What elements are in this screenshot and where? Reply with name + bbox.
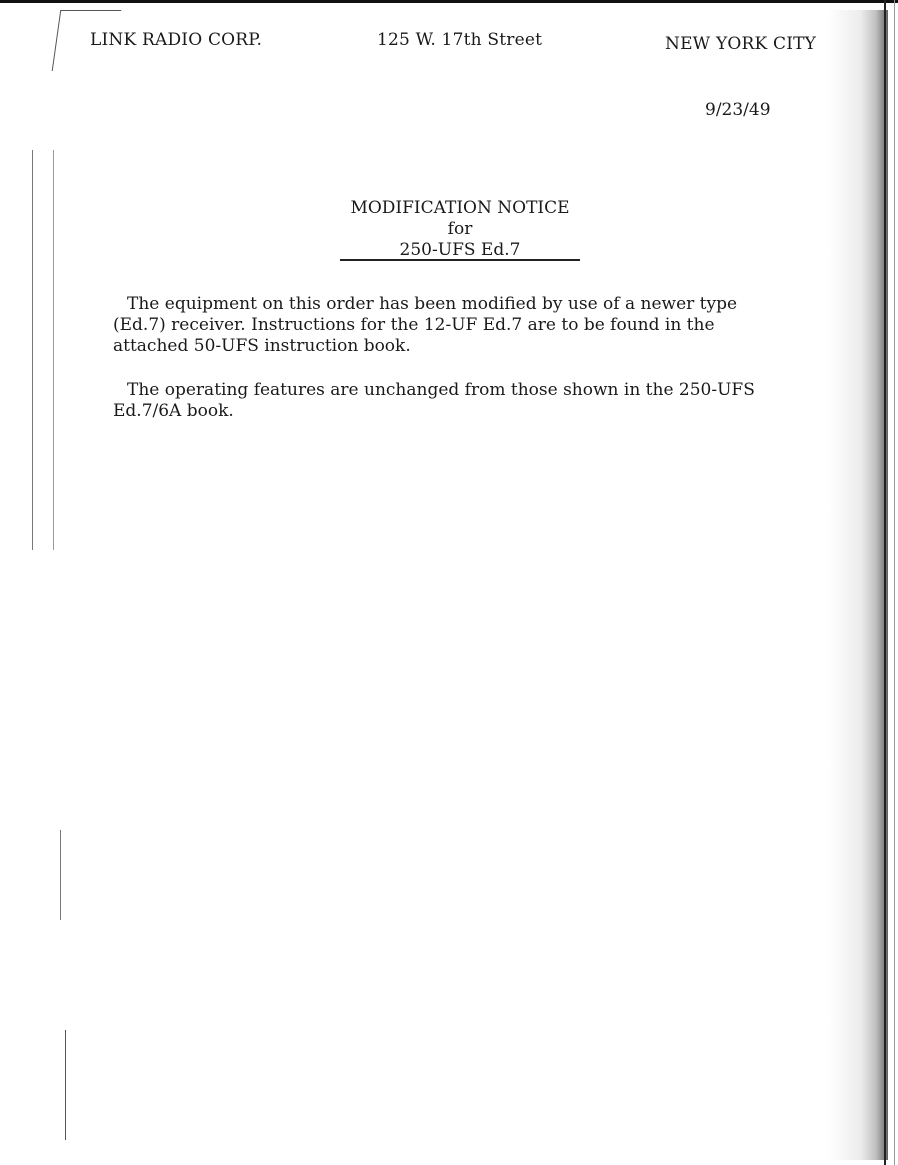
body-paragraph: The operating features are unchanged fro… [113, 380, 763, 422]
scan-right-edge-line [884, 0, 886, 1165]
paragraph-text: The equipment on this order has been mod… [113, 294, 737, 356]
title-underline [340, 259, 580, 261]
scan-top-border [0, 0, 898, 3]
letterhead-address: 125 W. 17th Street [377, 30, 542, 50]
document-date: 9/23/49 [705, 100, 771, 120]
left-edge-mark [65, 1030, 66, 1140]
left-edge-mark [60, 830, 61, 920]
title-line-3: 250-UFS Ed.7 [340, 240, 580, 261]
document-page: LINK RADIO CORP. 125 W. 17th Street NEW … [0, 0, 898, 1165]
letterhead-company: LINK RADIO CORP. [90, 30, 262, 50]
title-line-1: MODIFICATION NOTICE [340, 198, 580, 219]
scan-frame-line [894, 0, 895, 1165]
left-edge-fold [32, 150, 54, 550]
scan-right-edge-shadow [828, 10, 888, 1160]
title-line-2: for [340, 219, 580, 240]
body-paragraph: The equipment on this order has been mod… [113, 294, 763, 357]
letterhead-city: NEW YORK CITY [665, 34, 816, 54]
paragraph-text: The operating features are unchanged fro… [113, 380, 755, 421]
notice-title: MODIFICATION NOTICE for 250-UFS Ed.7 [340, 198, 580, 261]
